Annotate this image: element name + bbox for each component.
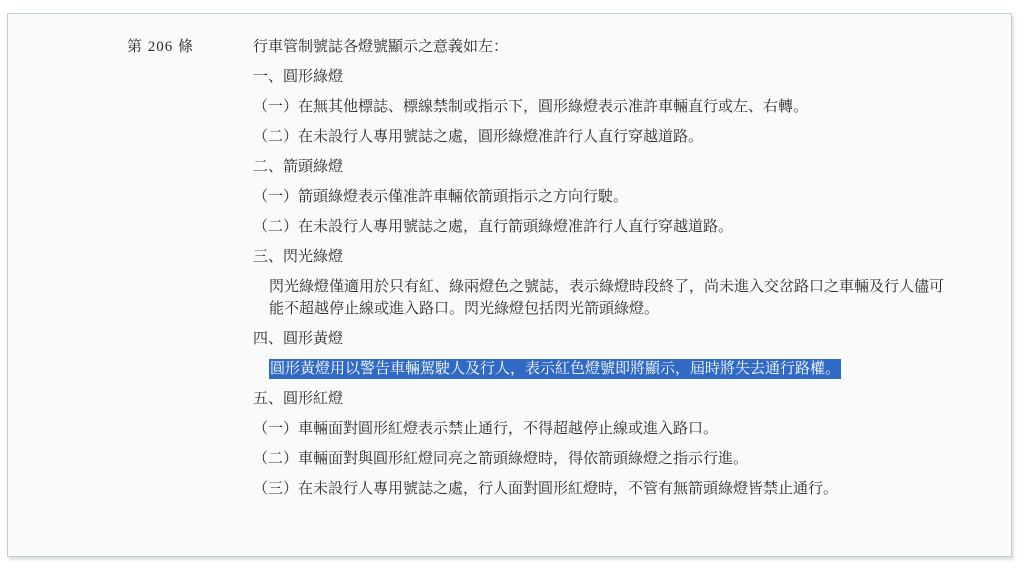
clause-heading: 三、閃光綠燈 — [253, 246, 953, 268]
clause-heading: 四、圓形黃燈 — [253, 328, 953, 350]
clause-text: （二）在未設行人專用號誌之處，圓形綠燈准許行人直行穿越道路。 — [253, 126, 953, 148]
clause-heading: 二、箭頭綠燈 — [253, 156, 953, 178]
clause-text: （一）在無其他標誌、標線禁制或指示下，圓形綠燈表示准許車輛直行或左、右轉。 — [253, 96, 953, 118]
clause-text: （二）車輛面對與圓形紅燈同亮之箭頭綠燈時，得依箭頭綠燈之指示行進。 — [253, 448, 953, 470]
clause-text: （三）在未設行人專用號誌之處，行人面對圓形紅燈時，不管有無箭頭綠燈皆禁止通行。 — [253, 478, 953, 500]
clause-heading: 五、圓形紅燈 — [253, 388, 953, 410]
article-row: 第 206 條 行車管制號誌各燈號顯示之意義如左： 一、圓形綠燈（一）在無其他標… — [8, 14, 1011, 508]
clause-list: 一、圓形綠燈（一）在無其他標誌、標線禁制或指示下，圓形綠燈表示准許車輛直行或左、… — [253, 66, 953, 500]
clause-text: （一）箭頭綠燈表示僅准許車輛依箭頭指示之方向行駛。 — [253, 186, 953, 208]
clause-text: （一）車輛面對圓形紅燈表示禁止通行，不得超越停止線或進入路口。 — [253, 418, 953, 440]
article-body: 行車管制號誌各燈號顯示之意義如左： 一、圓形綠燈（一）在無其他標誌、標線禁制或指… — [253, 36, 953, 508]
clause-text-selected: 圓形黃燈用以警告車輛駕駛人及行人，表示紅色燈號即將顯示，屆時將失去通行路權。 — [269, 358, 947, 380]
clause-text: 閃光綠燈僅適用於只有紅、綠兩燈色之號誌，表示綠燈時段終了，尚未進入交岔路口之車輛… — [269, 276, 947, 320]
article-number: 第 206 條 — [127, 36, 253, 58]
law-article-panel: 第 206 條 行車管制號誌各燈號顯示之意義如左： 一、圓形綠燈（一）在無其他標… — [7, 13, 1012, 557]
clause-heading: 一、圓形綠燈 — [253, 66, 953, 88]
clause-text: （二）在未設行人專用號誌之處，直行箭頭綠燈准許行人直行穿越道路。 — [253, 216, 953, 238]
article-intro: 行車管制號誌各燈號顯示之意義如左： — [253, 36, 953, 58]
selected-text: 圓形黃燈用以警告車輛駕駛人及行人，表示紅色燈號即將顯示，屆時將失去通行路權。 — [269, 359, 841, 379]
